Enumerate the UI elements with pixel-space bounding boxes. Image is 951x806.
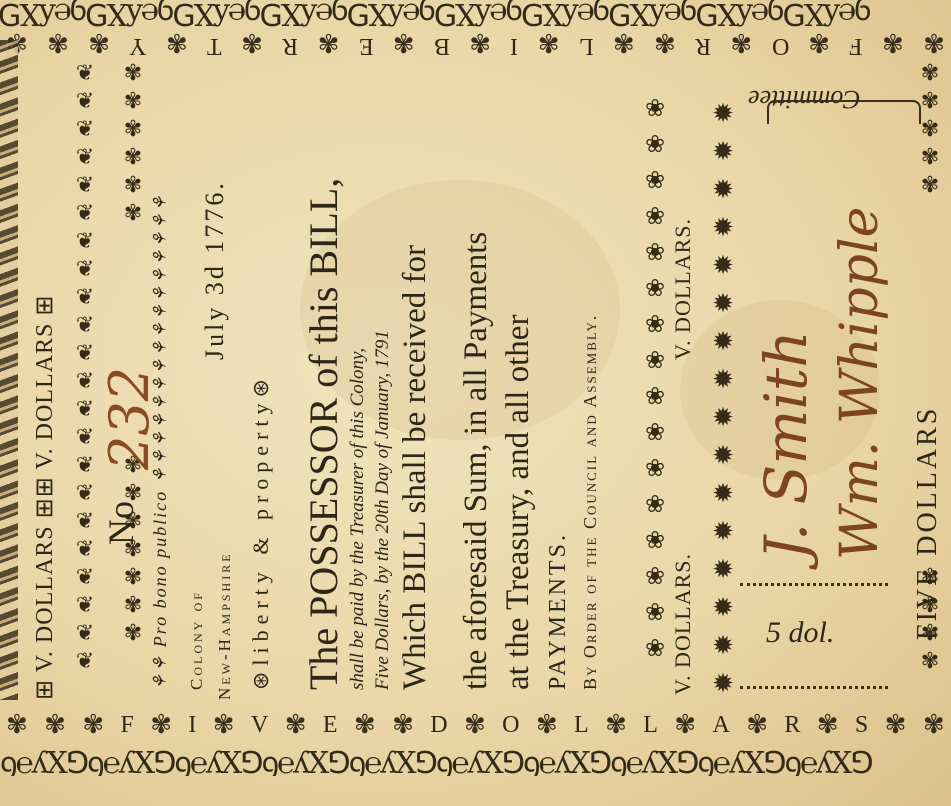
heading-motto: ⊛liberty & property⊛ bbox=[248, 373, 274, 690]
signature-2: Wm. Whipple bbox=[830, 207, 890, 560]
dotted-rosette-column: ❀❀❀❀❀❀❀❀❀❀❀❀❀❀❀❀ bbox=[640, 90, 670, 666]
scroll-ornament-icon: ⊛ bbox=[248, 666, 273, 690]
body-line-6: at the Treasury, and all other bbox=[500, 315, 537, 690]
motto-strip: ⚘⚘ Pro bono publico ⚘⚘⚘⚘⚘⚘⚘⚘⚘⚘⚘⚘⚘⚘⚘⚘ bbox=[150, 193, 171, 690]
body-line-4: Which BILL shall be received for bbox=[397, 245, 434, 690]
serial-prefix: No bbox=[100, 501, 142, 545]
heading-date: July 3d 1776. bbox=[200, 180, 230, 360]
body-line-7: Payments. bbox=[545, 532, 572, 690]
banknote: ꝯ℮ʎX⅁ꝯ℮ʎX⅁ꝯ℮ʎX⅁ꝯ℮ʎX⅁ꝯ℮ʎX⅁ꝯ℮ʎX⅁ꝯ℮ʎX⅁ꝯ℮ʎX⅁… bbox=[0, 0, 951, 806]
box-ornament-icon: ⊞ bbox=[32, 672, 58, 700]
flower-column: ✾✾✾✾✾✾✾✾✾✾✾✾✾ bbox=[118, 60, 148, 648]
denomination-box: 5 dol. bbox=[740, 583, 888, 689]
box-ornament-icon: ⊞⊞ bbox=[32, 470, 58, 519]
committee-brace bbox=[767, 100, 921, 124]
colony-line2: New-Hampshire bbox=[215, 551, 235, 700]
right-denomination-label: FIVE DOLLARS bbox=[912, 406, 944, 640]
body-line-1: The POSSESSOR of this BILL, bbox=[300, 178, 347, 690]
order-line: By Order of the Council and Assembly. bbox=[580, 314, 601, 690]
left-denomination-column: ⊞ V. DOLLARS ⊞⊞ V. DOLLARS ⊞ bbox=[30, 295, 59, 700]
body-line-3: Five Dollars, by the 20th Day of January… bbox=[372, 330, 394, 690]
denomination-box-text: 5 dol. bbox=[766, 616, 834, 650]
sun-rosette-column: ✹✹✹✹✹✹✹✹✹✹✹✹✹✹✹✹ bbox=[708, 95, 738, 703]
bottom-scroll-border: ꝯ℮ʎX⅁ꝯ℮ʎX⅁ꝯ℮ʎX⅁ꝯ℮ʎX⅁ꝯ℮ʎX⅁ꝯ℮ʎX⅁ꝯ℮ʎX⅁ꝯ℮ʎX⅁… bbox=[0, 746, 951, 776]
body-line-2: shall be paid by the Treasurer of this C… bbox=[347, 348, 369, 690]
top-letter-border: ✾✾✾ Y✾ T✾ R✾ E✾ B✾ I✾ L✾ ✾ R✾ O✾ F✾✾ bbox=[0, 28, 951, 62]
top-scroll-border: ꝯ℮ʎX⅁ꝯ℮ʎX⅁ꝯ℮ʎX⅁ꝯ℮ʎX⅁ꝯ℮ʎX⅁ꝯ℮ʎX⅁ꝯ℮ʎX⅁ꝯ℮ʎX⅁… bbox=[0, 0, 951, 30]
inner-denomination-label-2: V. DOLLARS. bbox=[670, 218, 696, 360]
scroll-ornament-icon: ⊛ bbox=[248, 373, 273, 397]
bottom-letter-border: ✾✾✾ F✾ I✾ V✾ E✾✾ D✾ O✾ L✾ L✾ A✾ R✾ S✾✾ bbox=[0, 708, 951, 742]
inner-denomination-label-1: V. DOLLARS. bbox=[670, 553, 696, 695]
left-rope-border bbox=[0, 40, 18, 700]
box-ornament-icon: ⊞ bbox=[32, 295, 58, 316]
signature-1: J. Smith bbox=[752, 330, 820, 560]
colony-line1: Colony of bbox=[187, 590, 207, 690]
fleuron-column: ❦❦❦❦❦❦❦❦❦❦❦❦❦❦❦❦❦❦❦❦❦❦ bbox=[70, 60, 100, 676]
body-line-5: the aforesaid Sum, in all Payments bbox=[458, 232, 495, 690]
